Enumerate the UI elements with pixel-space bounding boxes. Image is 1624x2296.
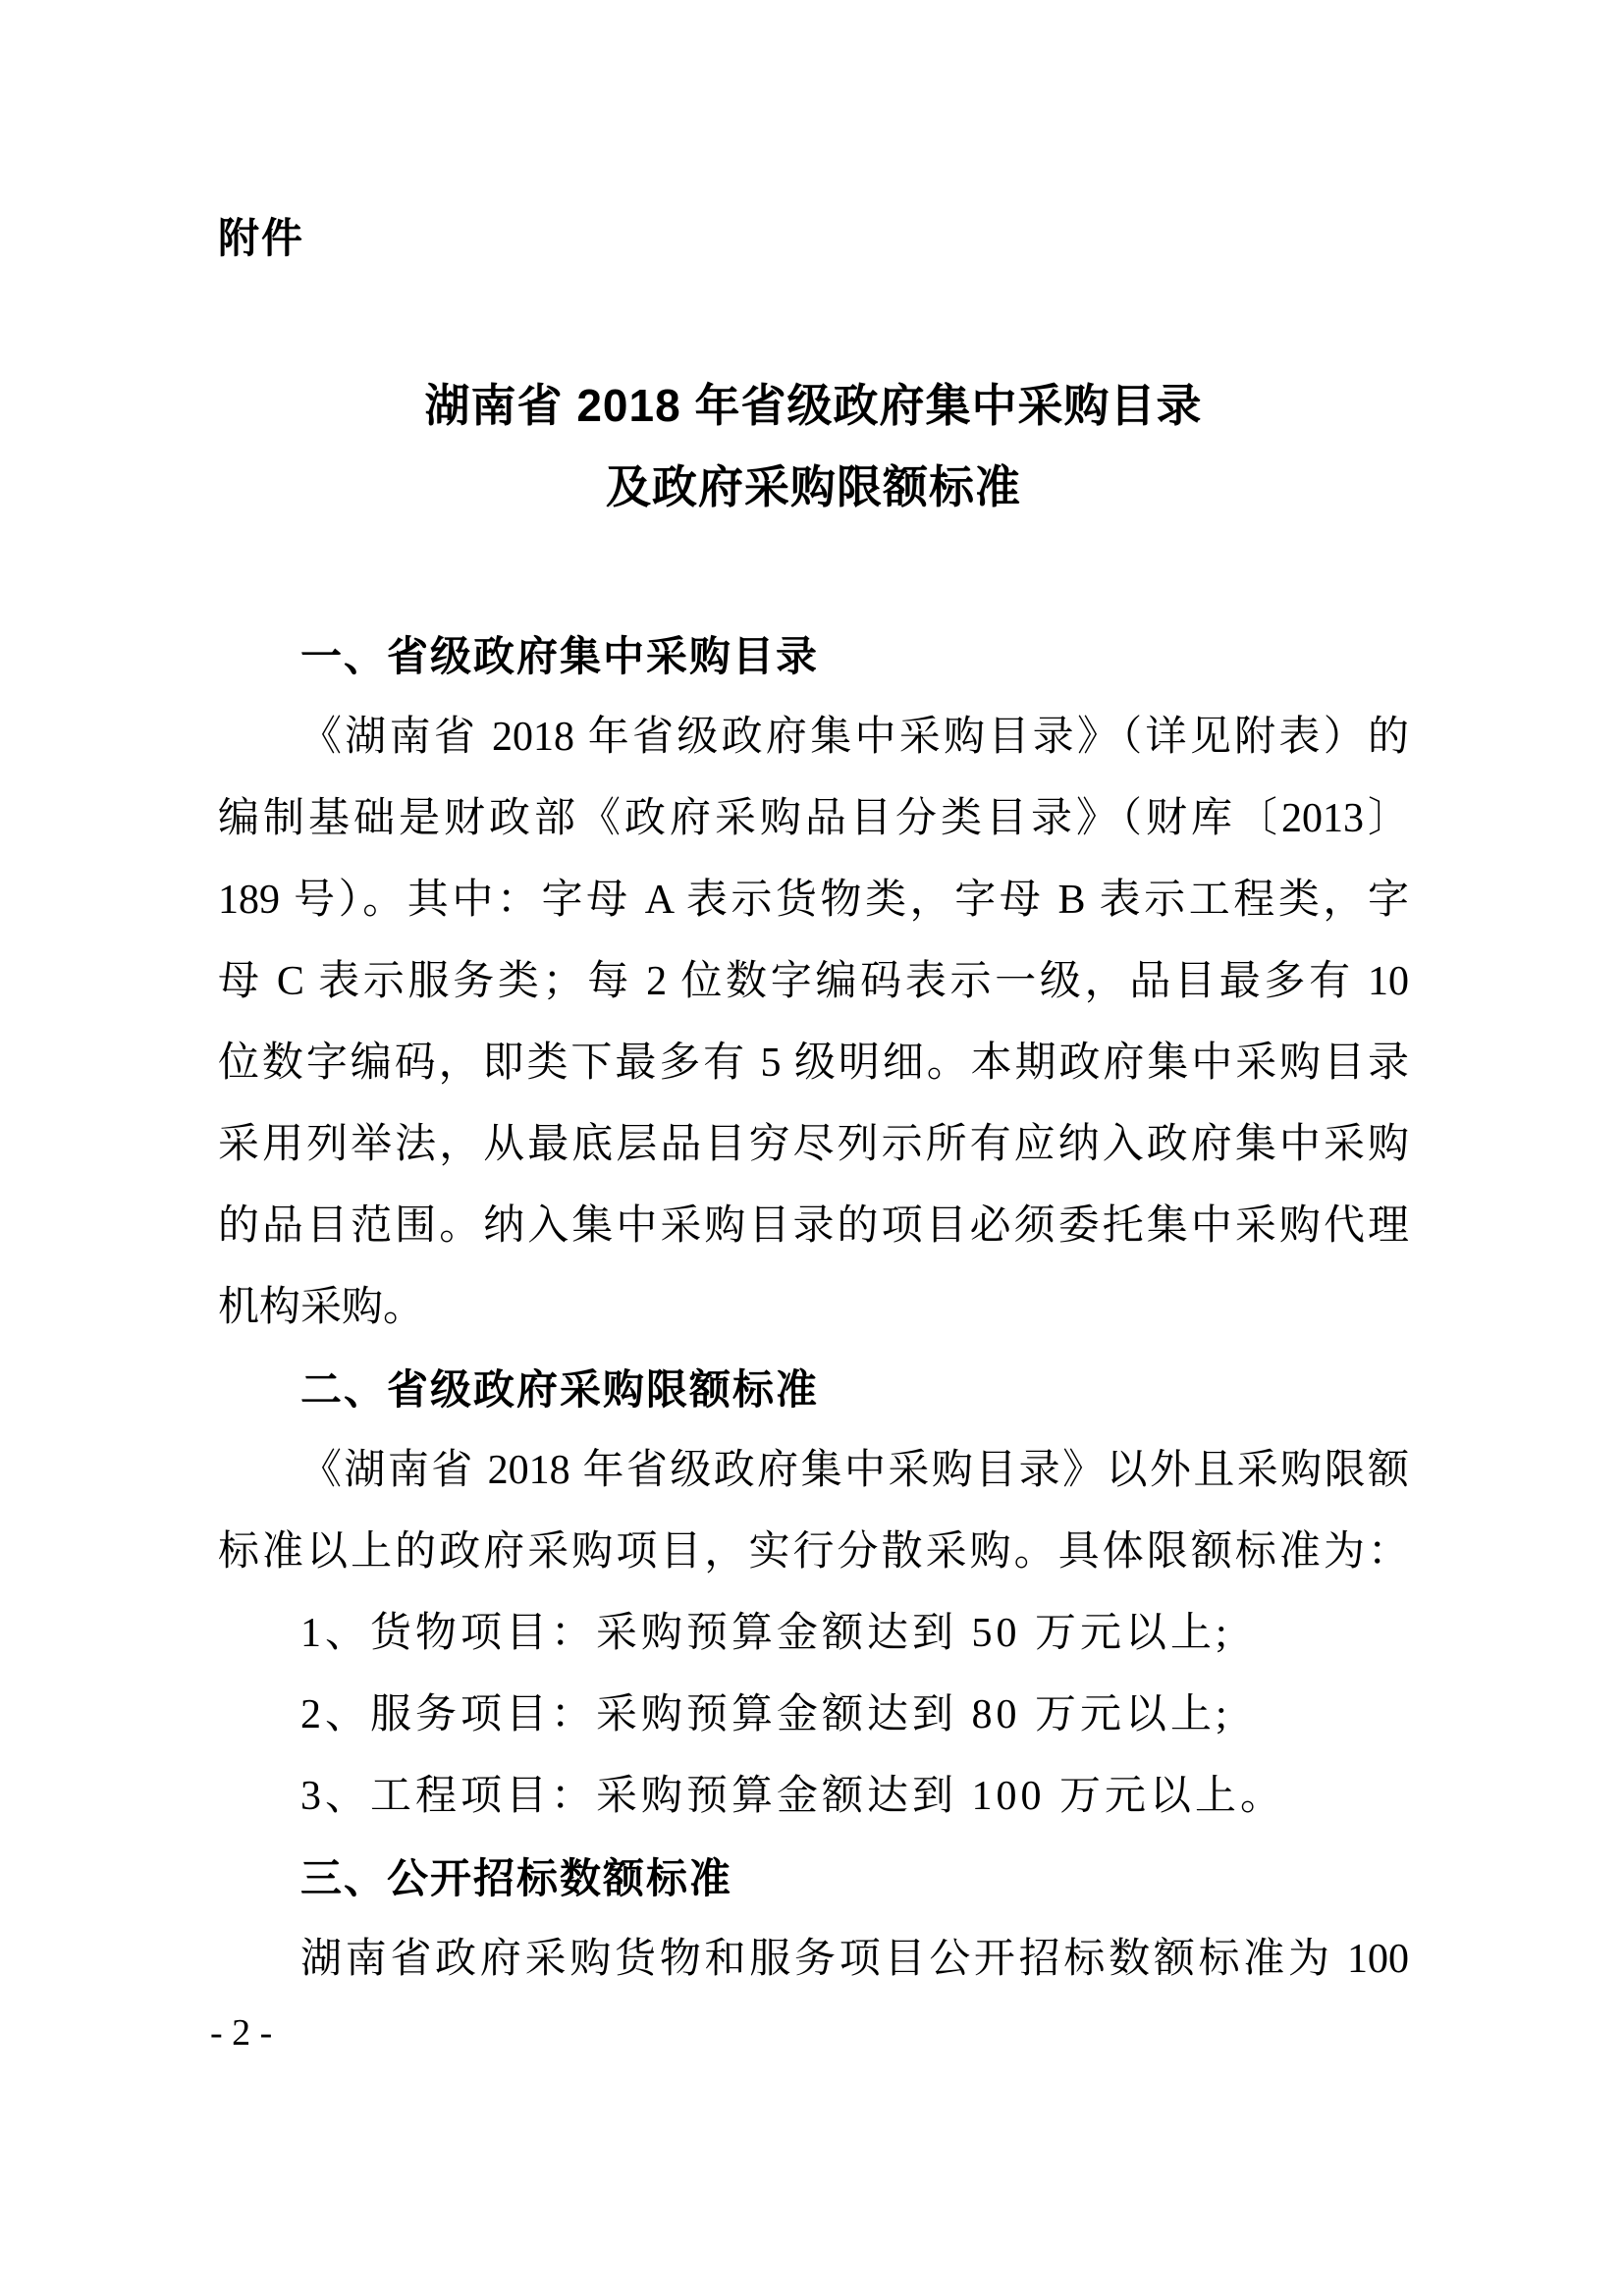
document-title: 湖南省 2018 年省级政府集中采购目录 及政府采购限额标准 — [218, 365, 1409, 528]
list-item-services: 2、服务项目：采购预算金额达到 80 万元以上; — [218, 1675, 1409, 1756]
body-line: 标准以上的政府采购项目，实行分散采购。具体限额标准为： — [218, 1512, 1409, 1593]
body-line: 机构采购。 — [218, 1267, 1409, 1349]
body-line: 189 号）。其中：字母 A 表示货物类，字母 B 表示工程类，字 — [218, 860, 1409, 941]
list-item-works: 3、工程项目：采购预算金额达到 100 万元以上。 — [218, 1756, 1409, 1838]
section-3-heading: 三、公开招标数额标准 — [218, 1838, 1409, 1919]
document-page: 附件 湖南省 2018 年省级政府集中采购目录 及政府采购限额标准 一、省级政府… — [0, 0, 1624, 2296]
body-line: 《湖南省 2018 年省级政府集中采购目录》以外且采购限额 — [218, 1430, 1409, 1512]
section-1-heading: 一、省级政府集中采购目录 — [218, 615, 1409, 697]
body-line: 《湖南省 2018 年省级政府集中采购目录》（详见附表）的 — [218, 697, 1409, 778]
body-line: 湖南省政府采购货物和服务项目公开招标数额标准为 100 — [218, 1919, 1409, 2001]
list-item-goods: 1、货物项目：采购预算金额达到 50 万元以上; — [218, 1593, 1409, 1675]
section-2-heading: 二、省级政府采购限额标准 — [218, 1349, 1409, 1430]
title-line-1: 湖南省 2018 年省级政府集中采购目录 — [218, 365, 1409, 447]
document-body: 一、省级政府集中采购目录 《湖南省 2018 年省级政府集中采购目录》（详见附表… — [218, 615, 1409, 2001]
page-number: - 2 - — [210, 2014, 272, 2052]
body-line: 母 C 表示服务类；每 2 位数字编码表示一级，品目最多有 10 — [218, 941, 1409, 1023]
attachment-label: 附件 — [218, 218, 304, 259]
body-line: 采用列举法，从最底层品目穷尽列示所有应纳入政府集中采购 — [218, 1104, 1409, 1186]
title-line-2: 及政府采购限额标准 — [218, 447, 1409, 528]
body-line: 编制基础是财政部《政府采购品目分类目录》（财库〔2013〕 — [218, 778, 1409, 860]
body-line: 位数字编码，即类下最多有 5 级明细。本期政府集中采购目录 — [218, 1023, 1409, 1104]
body-line: 的品目范围。纳入集中采购目录的项目必须委托集中采购代理 — [218, 1186, 1409, 1267]
